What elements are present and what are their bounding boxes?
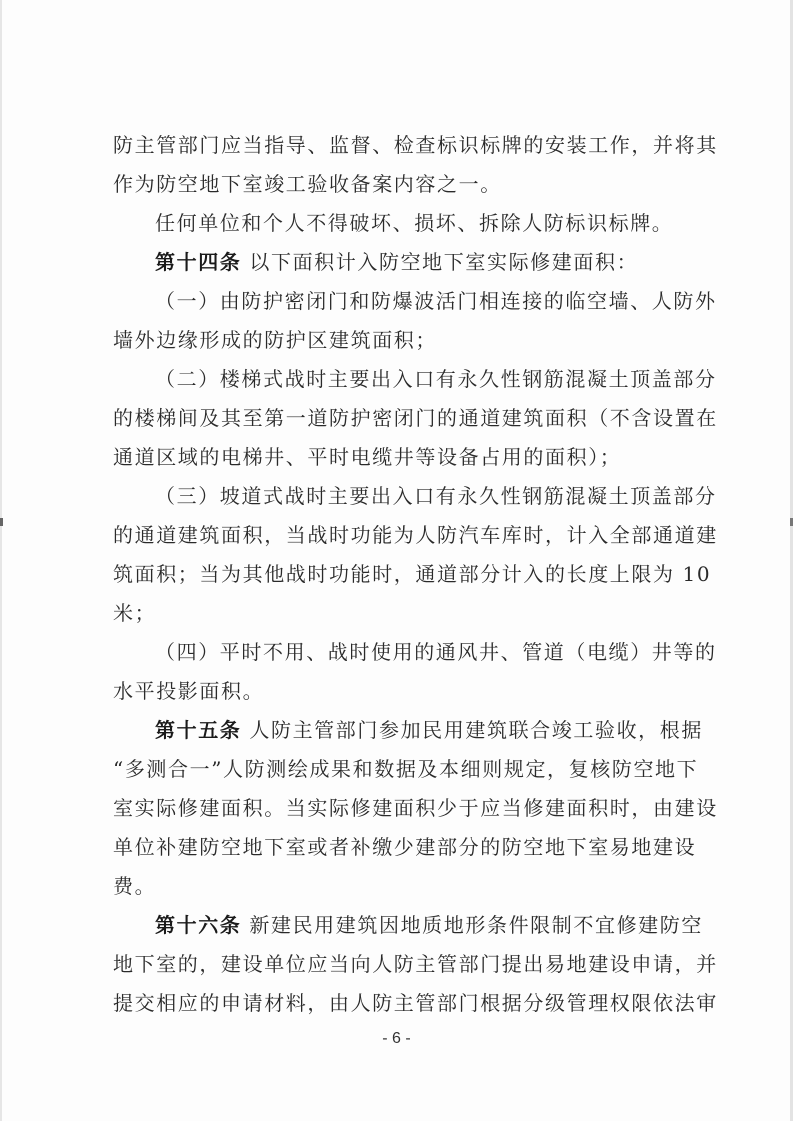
article-16-line: 第十六条 新建民用建筑因地质地形条件限制不宜修建防空 (113, 906, 685, 945)
text-line: 通道区域的电梯井、平时电缆井等设备占用的面积）； (113, 438, 685, 477)
article-text: 人防主管部门参加民用建筑联合竣工验收，根据 (241, 718, 703, 742)
text-line: 单位补建防空地下室或者补缴少建部分的防空地下室易地建设 (113, 828, 685, 867)
article-heading: 第十五条 (155, 718, 241, 742)
text-line: 筑面积；当为其他战时功能时，通道部分计入的长度上限为 10 (113, 555, 685, 594)
document-body: 防主管部门应当指导、监督、检查标识标牌的安装工作，并将其 作为防空地下室竣工验收… (113, 126, 685, 1023)
paragraph-start: 任何单位和个人不得破坏、损坏、拆除人防标识标牌。 (113, 204, 685, 243)
list-item-2: （二）楼梯式战时主要出入口有永久性钢筋混凝土顶盖部分 (113, 360, 685, 399)
text-line: “多测合一”人防测绘成果和数据及本细则规定，复核防空地下 (113, 750, 685, 789)
page-number: - 6 - (0, 1030, 793, 1048)
text-line: 防主管部门应当指导、监督、检查标识标牌的安装工作，并将其 (113, 126, 685, 165)
article-text: 以下面积计入防空地下室实际修建面积： (241, 250, 638, 274)
text-line: 提交相应的申请材料，由人防主管部门根据分级管理权限依法审 (113, 984, 685, 1023)
article-text: 新建民用建筑因地质地形条件限制不宜修建防空 (241, 913, 703, 937)
document-page: 防主管部门应当指导、监督、检查标识标牌的安装工作，并将其 作为防空地下室竣工验收… (0, 0, 793, 1121)
text-line: 的楼梯间及其至第一道防护密闭门的通道建筑面积（不含设置在 (113, 399, 685, 438)
article-14-line: 第十四条 以下面积计入防空地下室实际修建面积： (113, 243, 685, 282)
list-item-4: （四）平时不用、战时使用的通风井、管道（电缆）井等的 (113, 633, 685, 672)
text-line: 地下室的，建设单位应当向人防主管部门提出易地建设申请，并 (113, 945, 685, 984)
list-item-1: （一）由防护密闭门和防爆波活门相连接的临空墙、人防外 (113, 282, 685, 321)
scan-edge-left (0, 0, 2, 1121)
text-line: 作为防空地下室竣工验收备案内容之一。 (113, 165, 685, 204)
text-line: 墙外边缘形成的防护区建筑面积； (113, 321, 685, 360)
text-line: 的通道建筑面积，当战时功能为人防汽车库时，计入全部通道建 (113, 516, 685, 555)
text-line: 费。 (113, 867, 685, 906)
text-line: 水平投影面积。 (113, 672, 685, 711)
binding-mark-left (0, 518, 3, 526)
article-heading: 第十四条 (155, 250, 241, 274)
text-line: 室实际修建面积。当实际修建面积少于应当修建面积时，由建设 (113, 789, 685, 828)
article-15-line: 第十五条 人防主管部门参加民用建筑联合竣工验收，根据 (113, 711, 685, 750)
list-item-3: （三）坡道式战时主要出入口有永久性钢筋混凝土顶盖部分 (113, 477, 685, 516)
text-line: 米； (113, 594, 685, 633)
article-heading: 第十六条 (155, 913, 241, 937)
